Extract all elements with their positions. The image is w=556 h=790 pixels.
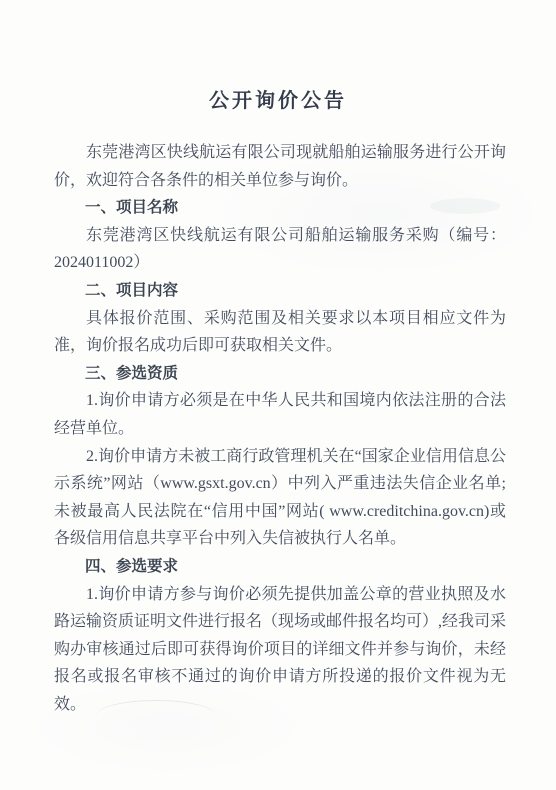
section-paragraph-requirements: 1.询价申请方参与询价必须先提供加盖公章的营业执照及水路运输资质证明文件进行报名…	[54, 581, 506, 719]
document-title: 公开询价公告	[0, 0, 556, 113]
document-body: 东莞港湾区快线航运有限公司现就船舶运输服务进行公开询价，欢迎符合各条件的相关单位…	[0, 139, 556, 718]
intro-paragraph: 东莞港湾区快线航运有限公司现就船舶运输服务进行公开询价，欢迎符合各条件的相关单位…	[54, 139, 506, 194]
section-paragraph-project-content: 具体报价范围、采购范围及相关要求以本项目相应文件为准，询价报名成功后即可获取相关…	[54, 305, 506, 360]
document-page: 公开询价公告 东莞港湾区快线航运有限公司现就船舶运输服务进行公开询价，欢迎符合各…	[0, 0, 556, 790]
section-heading-requirements: 四、参选要求	[54, 553, 506, 581]
section-paragraph-project-name: 东莞港湾区快线航运有限公司船舶运输服务采购（编号：2024011002）	[54, 222, 506, 277]
section-paragraph-qualifications-2: 2.询价申请方未被工商行政管理机关在“国家企业信用信息公示系统”网站（www.g…	[54, 443, 506, 553]
section-heading-project-name: 一、项目名称	[54, 194, 506, 222]
section-paragraph-qualifications-1: 1.询价申请方必须是在中华人民共和国境内依法注册的合法经营单位。	[54, 387, 506, 442]
section-heading-qualifications: 三、参选资质	[54, 360, 506, 388]
section-heading-project-content: 二、项目内容	[54, 277, 506, 305]
